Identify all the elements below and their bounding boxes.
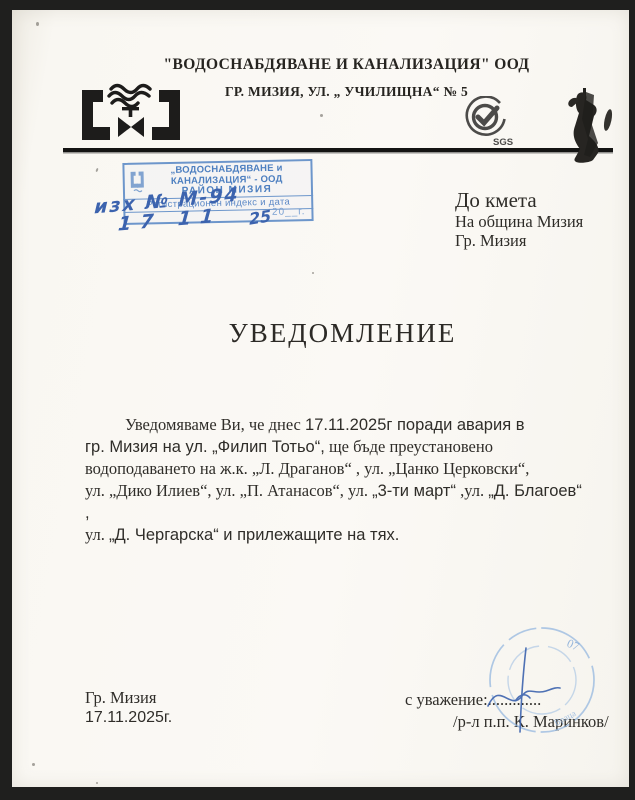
- org-name: "ВОДОСНАБДЯВАНЕ И КАНАЛИЗАЦИЯ" ООД: [38, 56, 635, 74]
- stamp-year-blank: 20__г.: [272, 206, 306, 218]
- footer-city: Гр. Мизия: [85, 688, 156, 708]
- scan-speck: [95, 168, 98, 172]
- recipient-line2: На община Мизия: [455, 212, 583, 231]
- recipient-line1: До кмета: [455, 188, 583, 212]
- body-line: гр. Мизия на ул. „Филип Тотьо“, ще бъде …: [85, 436, 590, 458]
- recipient-block: До кмета На община Мизия Гр. Мизия: [455, 188, 583, 250]
- body-line: ул. „Д. Чергарска“ и прилежащите на тях.: [85, 524, 590, 546]
- round-stamp-and-signature: 07 Враца: [460, 602, 620, 767]
- body-line: Уведомяваме Ви, че днес 17.11.2025г пора…: [85, 414, 590, 436]
- scan-speck: [96, 782, 98, 784]
- body-line: водоподаването на ж.к. „Л. Драганов“ , у…: [85, 458, 590, 480]
- body-line: ул. „Дико Илиев“, ул. „П. Атанасов“, ул.…: [85, 480, 590, 524]
- footer-signer: /р-л п.п. К. Маринков/: [453, 712, 609, 732]
- recipient-line3: Гр. Мизия: [455, 231, 583, 250]
- header-divider-rule: [63, 148, 613, 152]
- scan-speck: [320, 114, 323, 117]
- water-supply-logo-icon: [78, 80, 184, 153]
- statue-silhouette-icon: [550, 86, 620, 171]
- body-paragraph: Уведомяваме Ви, че днес 17.11.2025г пора…: [85, 414, 590, 546]
- footer-date: 17.11.2025г.: [85, 709, 172, 727]
- scanned-document: "ВОДОСНАБДЯВАНЕ И КАНАЛИЗАЦИЯ" ООД ГР. М…: [0, 0, 635, 800]
- scan-speck: [32, 763, 35, 766]
- document-page: "ВОДОСНАБДЯВАНЕ И КАНАЛИЗАЦИЯ" ООД ГР. М…: [12, 10, 629, 787]
- scan-speck: [312, 272, 314, 274]
- scan-speck: [36, 22, 39, 26]
- sgs-certification-icon: SGS: [460, 96, 518, 155]
- footer-regards: с уважение:.............: [405, 690, 541, 710]
- document-title: УВЕДОМЛЕНИЕ: [34, 318, 635, 349]
- sgs-label: SGS: [493, 137, 513, 148]
- round-stamp-fragment-07: 07: [565, 636, 582, 654]
- handwritten-year: 25: [249, 206, 272, 229]
